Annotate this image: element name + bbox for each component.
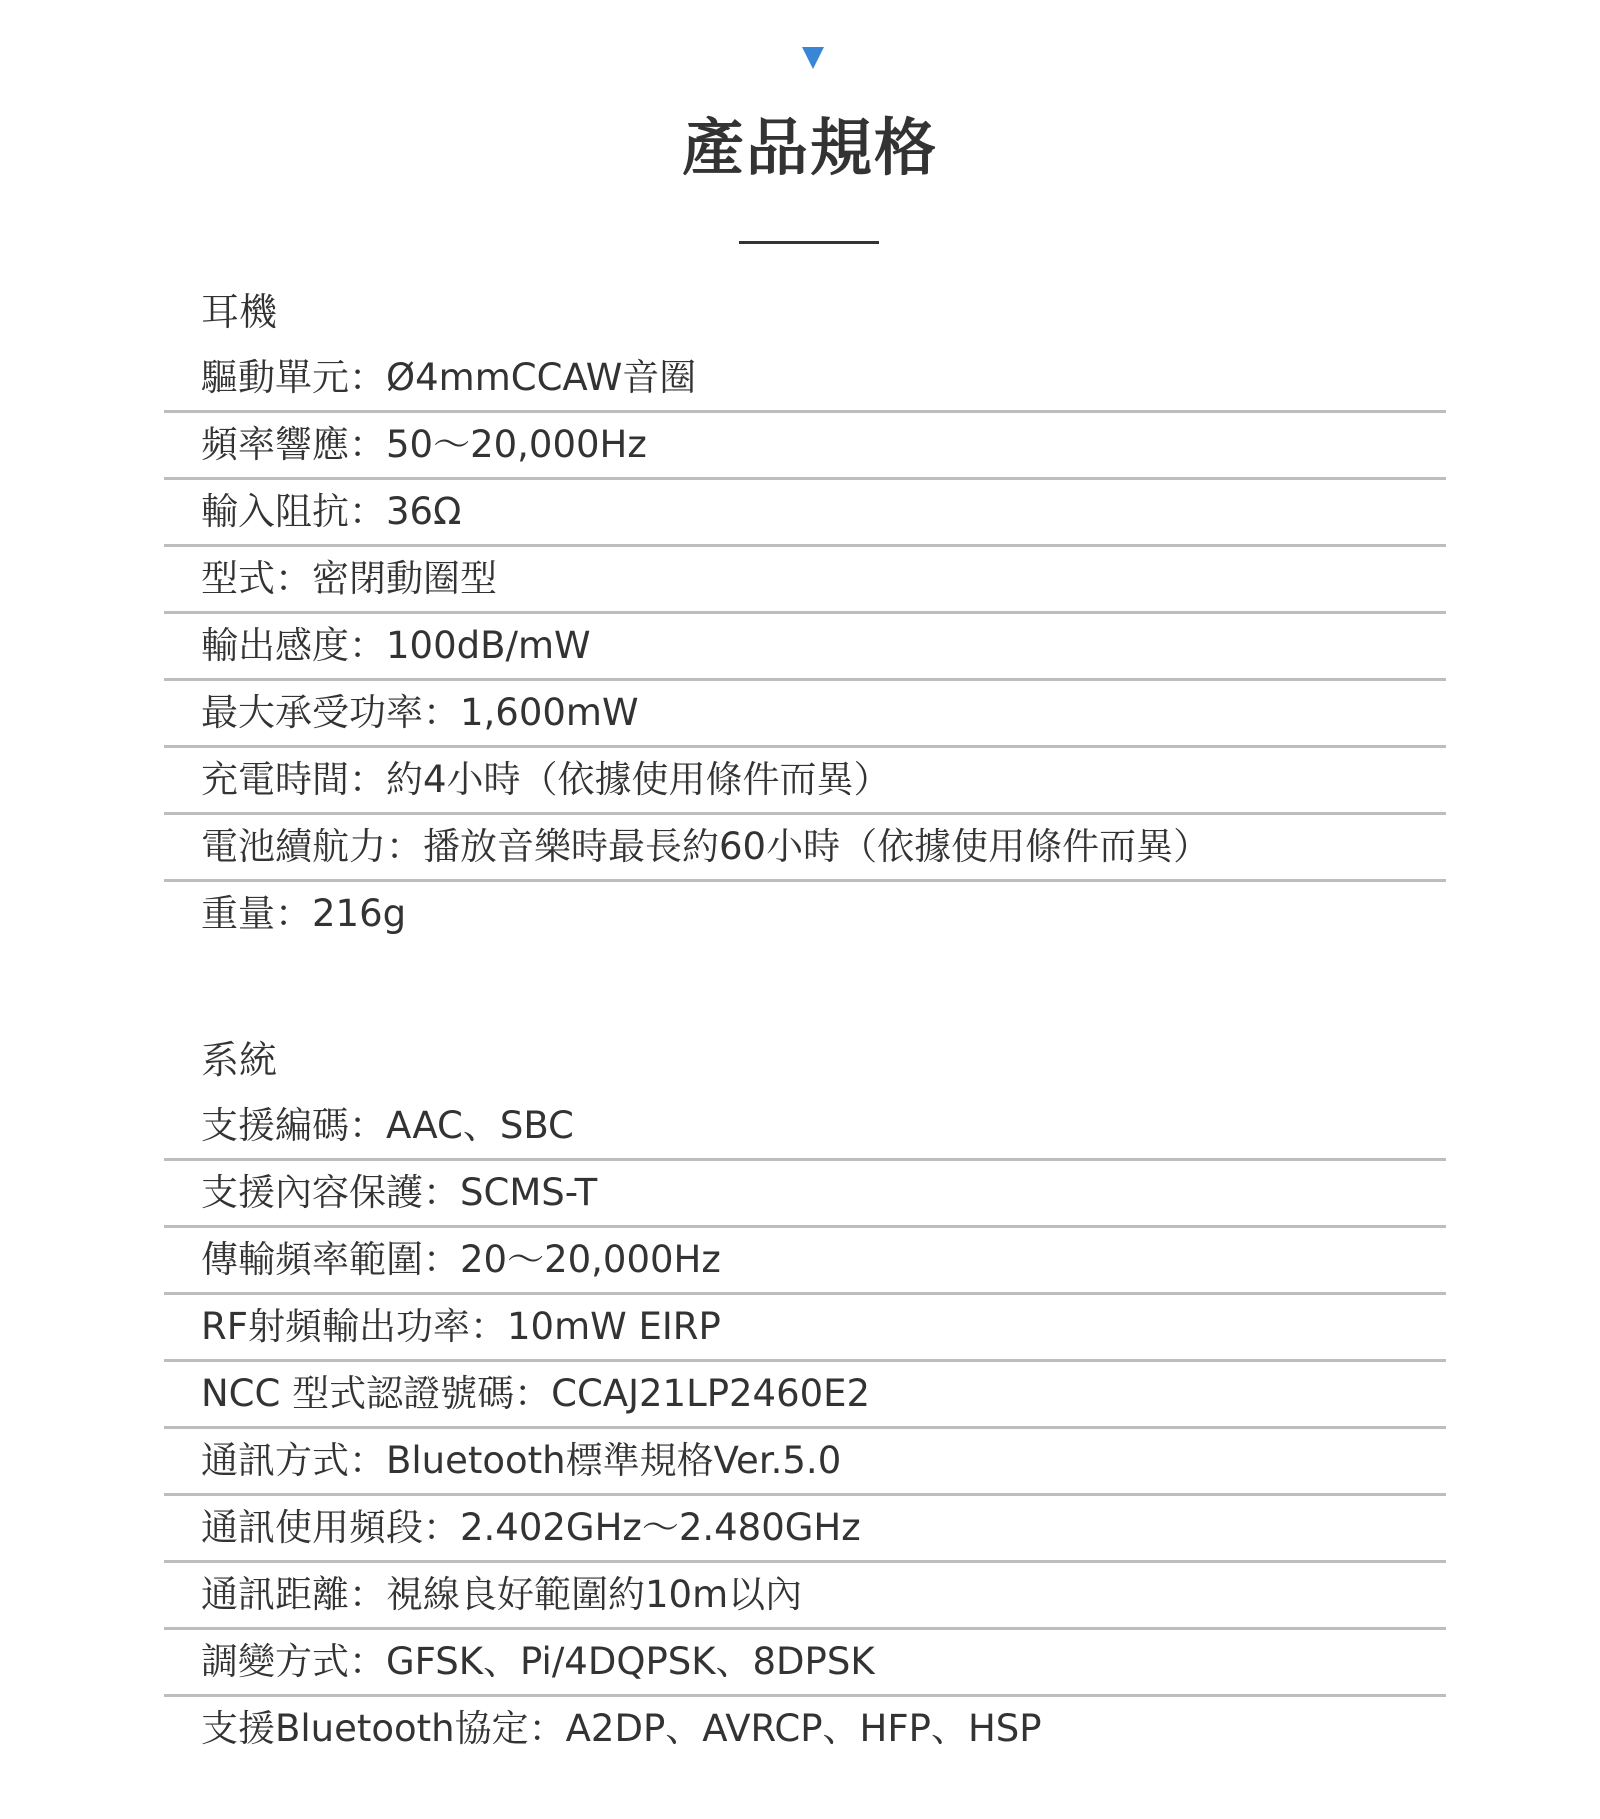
- spec-label: 調變方式: [201, 1640, 349, 1683]
- spec-separator: ：: [349, 624, 386, 667]
- spec-row-impedance: 輸入阻抗：36Ω: [164, 480, 1446, 547]
- spec-value: 100dB/mW: [386, 624, 591, 667]
- spec-value: 密閉動圈型: [312, 557, 497, 600]
- spec-label: 支援內容保護: [201, 1171, 423, 1214]
- spec-label: RF射頻輸出功率: [201, 1305, 470, 1348]
- spec-value: 約4小時（依據使用條件而異）: [386, 758, 891, 801]
- spec-label: 輸入阻抗: [201, 490, 349, 533]
- spec-row-rf-power: RF射頻輸出功率：10mW EIRP: [164, 1295, 1446, 1362]
- spec-row-codecs: 支援編碼：AAC、SBC: [164, 1094, 1446, 1161]
- title-underline-divider: [739, 241, 879, 244]
- spec-value: Bluetooth標準規格Ver.5.0: [386, 1439, 841, 1482]
- spec-separator: ：: [423, 1238, 460, 1281]
- spec-value: Ø4mmCCAW音圈: [386, 356, 696, 399]
- spec-value: SCMS-T: [460, 1171, 597, 1214]
- spec-value: A2DP、AVRCP、HFP、HSP: [566, 1707, 1042, 1750]
- spec-row-weight: 重量：216g: [164, 882, 1446, 949]
- spec-row-content-protection: 支援內容保護：SCMS-T: [164, 1161, 1446, 1228]
- spec-row-frequency-response: 頻率響應：50～20,000Hz: [164, 413, 1446, 480]
- spec-value: CCAJ21LP2460E2: [551, 1372, 870, 1415]
- spec-value: 播放音樂時最長約60小時（依據使用條件而異）: [423, 825, 1210, 868]
- spec-label: 支援編碼: [201, 1104, 349, 1147]
- spec-value: 視線良好範圍約10m以內: [386, 1573, 802, 1616]
- spec-section-system: 系統 支援編碼：AAC、SBC 支援內容保護：SCMS-T 傳輸頻率範圍：20～…: [164, 1027, 1446, 1764]
- spec-label: 電池續航力: [201, 825, 386, 868]
- spec-section-headphones: 耳機 驅動單元：Ø4mmCCAW音圈 頻率響應：50～20,000Hz 輸入阻抗…: [164, 279, 1446, 949]
- page-title: 產品規格: [0, 108, 1600, 188]
- spec-row-charge-time: 充電時間：約4小時（依據使用條件而異）: [164, 748, 1446, 815]
- spec-value: 216g: [312, 892, 406, 935]
- spec-separator: ：: [349, 1104, 386, 1147]
- spec-label: 通訊距離: [201, 1573, 349, 1616]
- spec-value: 10mW EIRP: [507, 1305, 721, 1348]
- triangle-down-icon: [802, 47, 824, 69]
- spec-row-range: 通訊距離：視線良好範圍約10m以內: [164, 1563, 1446, 1630]
- spec-row-modulation: 調變方式：GFSK、Pi/4DQPSK、8DPSK: [164, 1630, 1446, 1697]
- spec-value: 20～20,000Hz: [460, 1238, 721, 1281]
- spec-value: GFSK、Pi/4DQPSK、8DPSK: [386, 1640, 875, 1683]
- spec-row-frequency-band: 通訊使用頻段：2.402GHz～2.480GHz: [164, 1496, 1446, 1563]
- spec-label: 驅動單元: [201, 356, 349, 399]
- spec-separator: ：: [349, 1573, 386, 1616]
- spec-separator: ：: [470, 1305, 507, 1348]
- spec-row-sensitivity: 輸出感度：100dB/mW: [164, 614, 1446, 681]
- section-heading: 系統: [164, 1027, 1446, 1094]
- spec-value: AAC、SBC: [386, 1104, 574, 1147]
- spec-separator: ：: [386, 825, 423, 868]
- spec-separator: ：: [349, 490, 386, 533]
- spec-value: 36Ω: [386, 490, 461, 533]
- spec-separator: ：: [514, 1372, 551, 1415]
- spec-label: 通訊方式: [201, 1439, 349, 1482]
- spec-separator: ：: [349, 758, 386, 801]
- spec-separator: ：: [275, 557, 312, 600]
- spec-value: 50～20,000Hz: [386, 423, 647, 466]
- spec-label: 傳輸頻率範圍: [201, 1238, 423, 1281]
- spec-label: 充電時間: [201, 758, 349, 801]
- spec-row-communication: 通訊方式：Bluetooth標準規格Ver.5.0: [164, 1429, 1446, 1496]
- spec-row-bluetooth-profiles: 支援Bluetooth協定：A2DP、AVRCP、HFP、HSP: [164, 1697, 1446, 1764]
- spec-separator: ：: [349, 1439, 386, 1482]
- spec-separator: ：: [349, 356, 386, 399]
- spec-label: NCC 型式認證號碼: [201, 1372, 514, 1415]
- spec-separator: ：: [349, 423, 386, 466]
- spec-separator: ：: [529, 1707, 566, 1750]
- spec-separator: ：: [423, 1506, 460, 1549]
- spec-row-ncc-number: NCC 型式認證號碼：CCAJ21LP2460E2: [164, 1362, 1446, 1429]
- spec-label: 最大承受功率: [201, 691, 423, 734]
- spec-separator: ：: [275, 892, 312, 935]
- spec-label: 型式: [201, 557, 275, 600]
- spec-row-type: 型式：密閉動圈型: [164, 547, 1446, 614]
- spec-separator: ：: [423, 1171, 460, 1214]
- section-heading: 耳機: [164, 279, 1446, 346]
- spec-label: 通訊使用頻段: [201, 1506, 423, 1549]
- spec-label: 頻率響應: [201, 423, 349, 466]
- spec-row-driver: 驅動單元：Ø4mmCCAW音圈: [164, 346, 1446, 413]
- spec-row-battery-life: 電池續航力：播放音樂時最長約60小時（依據使用條件而異）: [164, 815, 1446, 882]
- spec-separator: ：: [423, 691, 460, 734]
- spec-row-transmission-range: 傳輸頻率範圍：20～20,000Hz: [164, 1228, 1446, 1295]
- spec-value: 1,600mW: [460, 691, 639, 734]
- spec-separator: ：: [349, 1640, 386, 1683]
- spec-row-max-power: 最大承受功率：1,600mW: [164, 681, 1446, 748]
- spec-label: 支援Bluetooth協定: [201, 1707, 529, 1750]
- spec-label: 輸出感度: [201, 624, 349, 667]
- spec-label: 重量: [201, 892, 275, 935]
- spec-value: 2.402GHz～2.480GHz: [460, 1506, 861, 1549]
